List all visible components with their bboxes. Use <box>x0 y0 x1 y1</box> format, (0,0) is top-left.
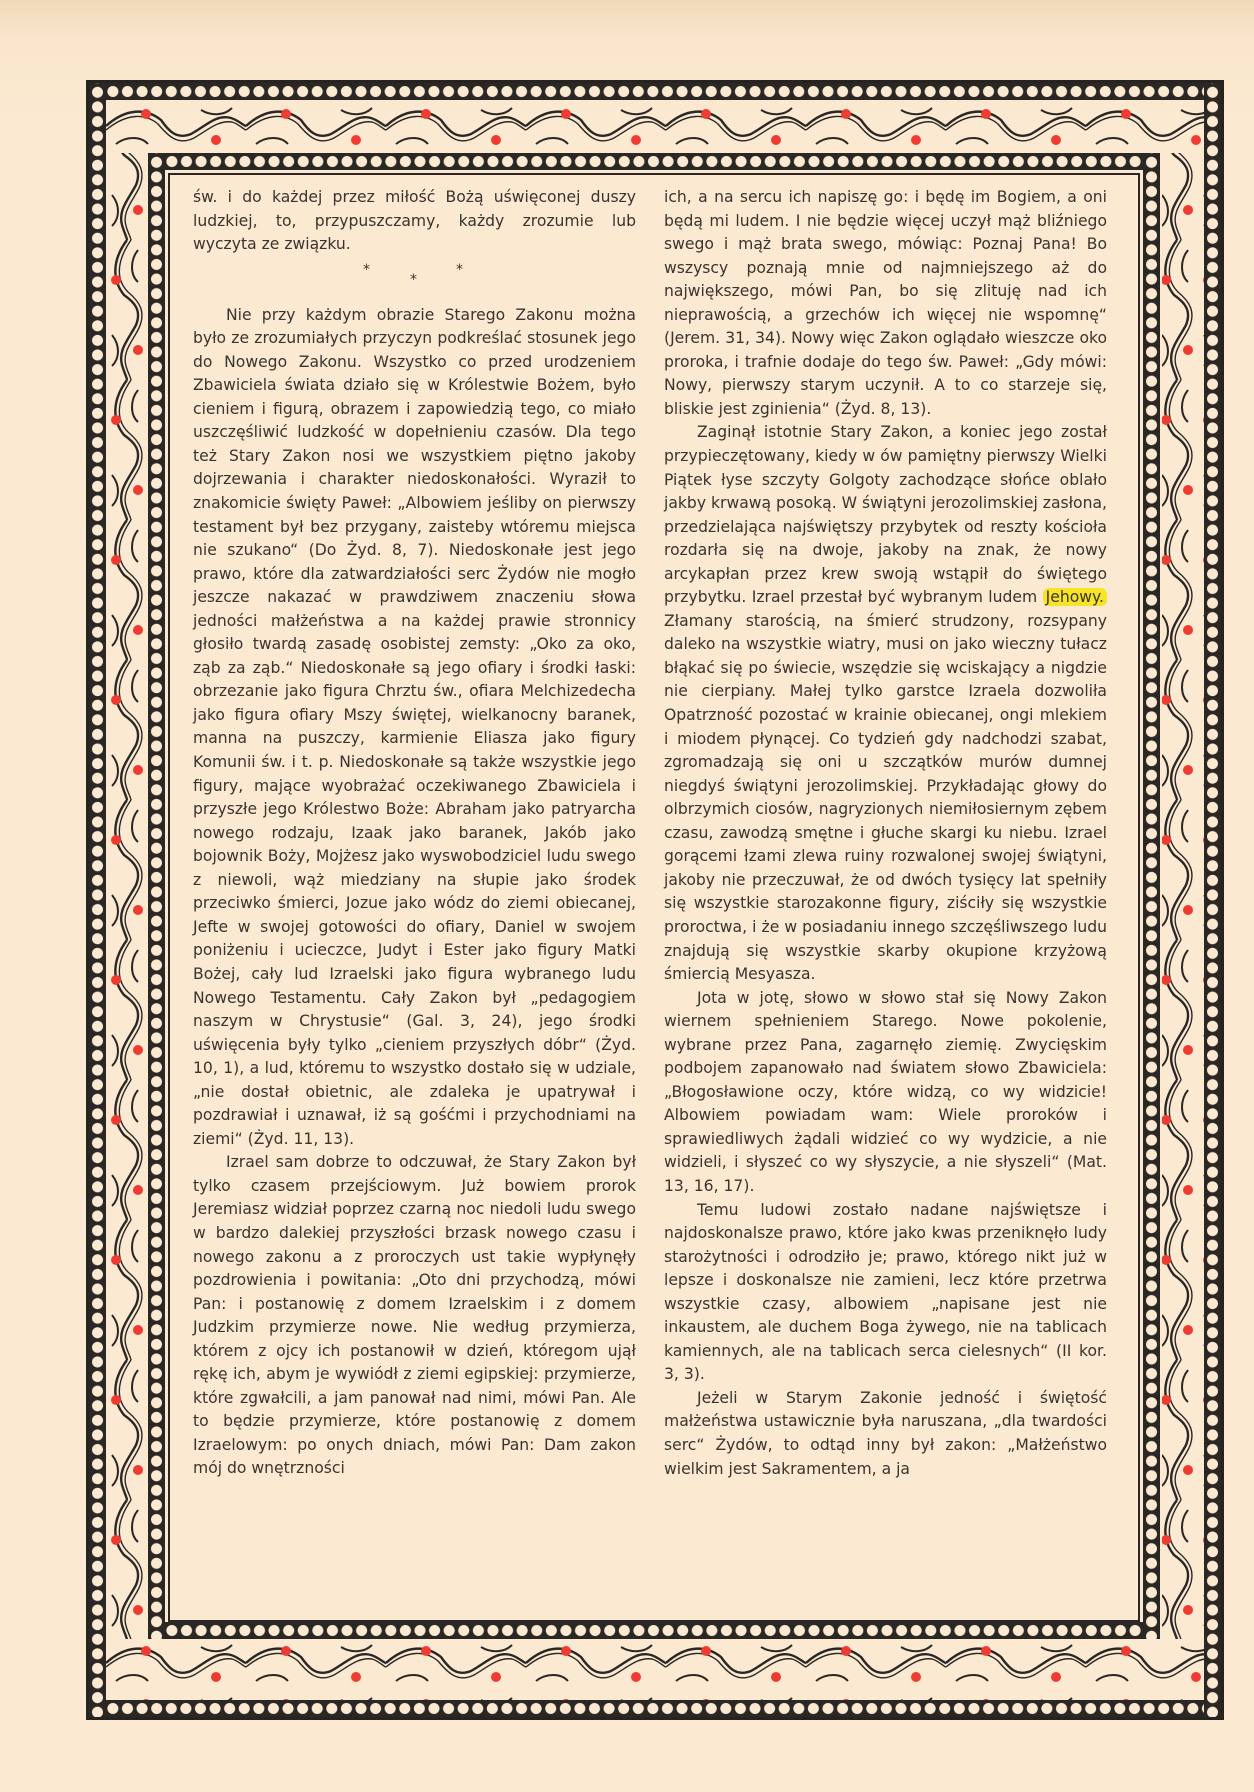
right-paragraph-3: Jota w jotę, słowo w słowo stał się Nowy… <box>664 987 1107 1199</box>
left-paragraph-1: św. i do każdej przez miłość Bożą uświęc… <box>193 186 636 257</box>
right-paragraph-1: ich, a na sercu ich napiszę go: i będę i… <box>664 186 1107 421</box>
separator-star: * <box>363 259 370 283</box>
right-paragraph-2-text-after: Złamany starością, na śmierć strudzony, … <box>664 612 1107 983</box>
right-paragraph-2: Zaginął istotnie Stary Zakon, a koniec j… <box>664 421 1107 986</box>
separator-star: * <box>456 259 463 283</box>
section-separator: * * * <box>193 257 636 304</box>
left-column: św. i do każdej przez miłość Bożą uświęc… <box>193 186 636 1481</box>
right-column: ich, a na sercu ich napiszę go: i będę i… <box>664 186 1107 1481</box>
left-paragraph-2: Nie przy każdym obrazie Starego Zakonu m… <box>193 304 636 1152</box>
right-paragraph-4: Temu ludowi zostało nadane najświętsze i… <box>664 1199 1107 1387</box>
right-paragraph-5: Jeżeli w Starym Zakonie jedność i święto… <box>664 1387 1107 1481</box>
right-paragraph-2-text-before: Zaginął istotnie Stary Zakon, a koniec j… <box>664 423 1107 606</box>
highlighted-word[interactable]: Jehowy. <box>1043 588 1107 606</box>
left-paragraph-3: Izrael sam dobrze to odczuwał, że Stary … <box>193 1151 636 1481</box>
separator-star: * <box>410 269 417 293</box>
